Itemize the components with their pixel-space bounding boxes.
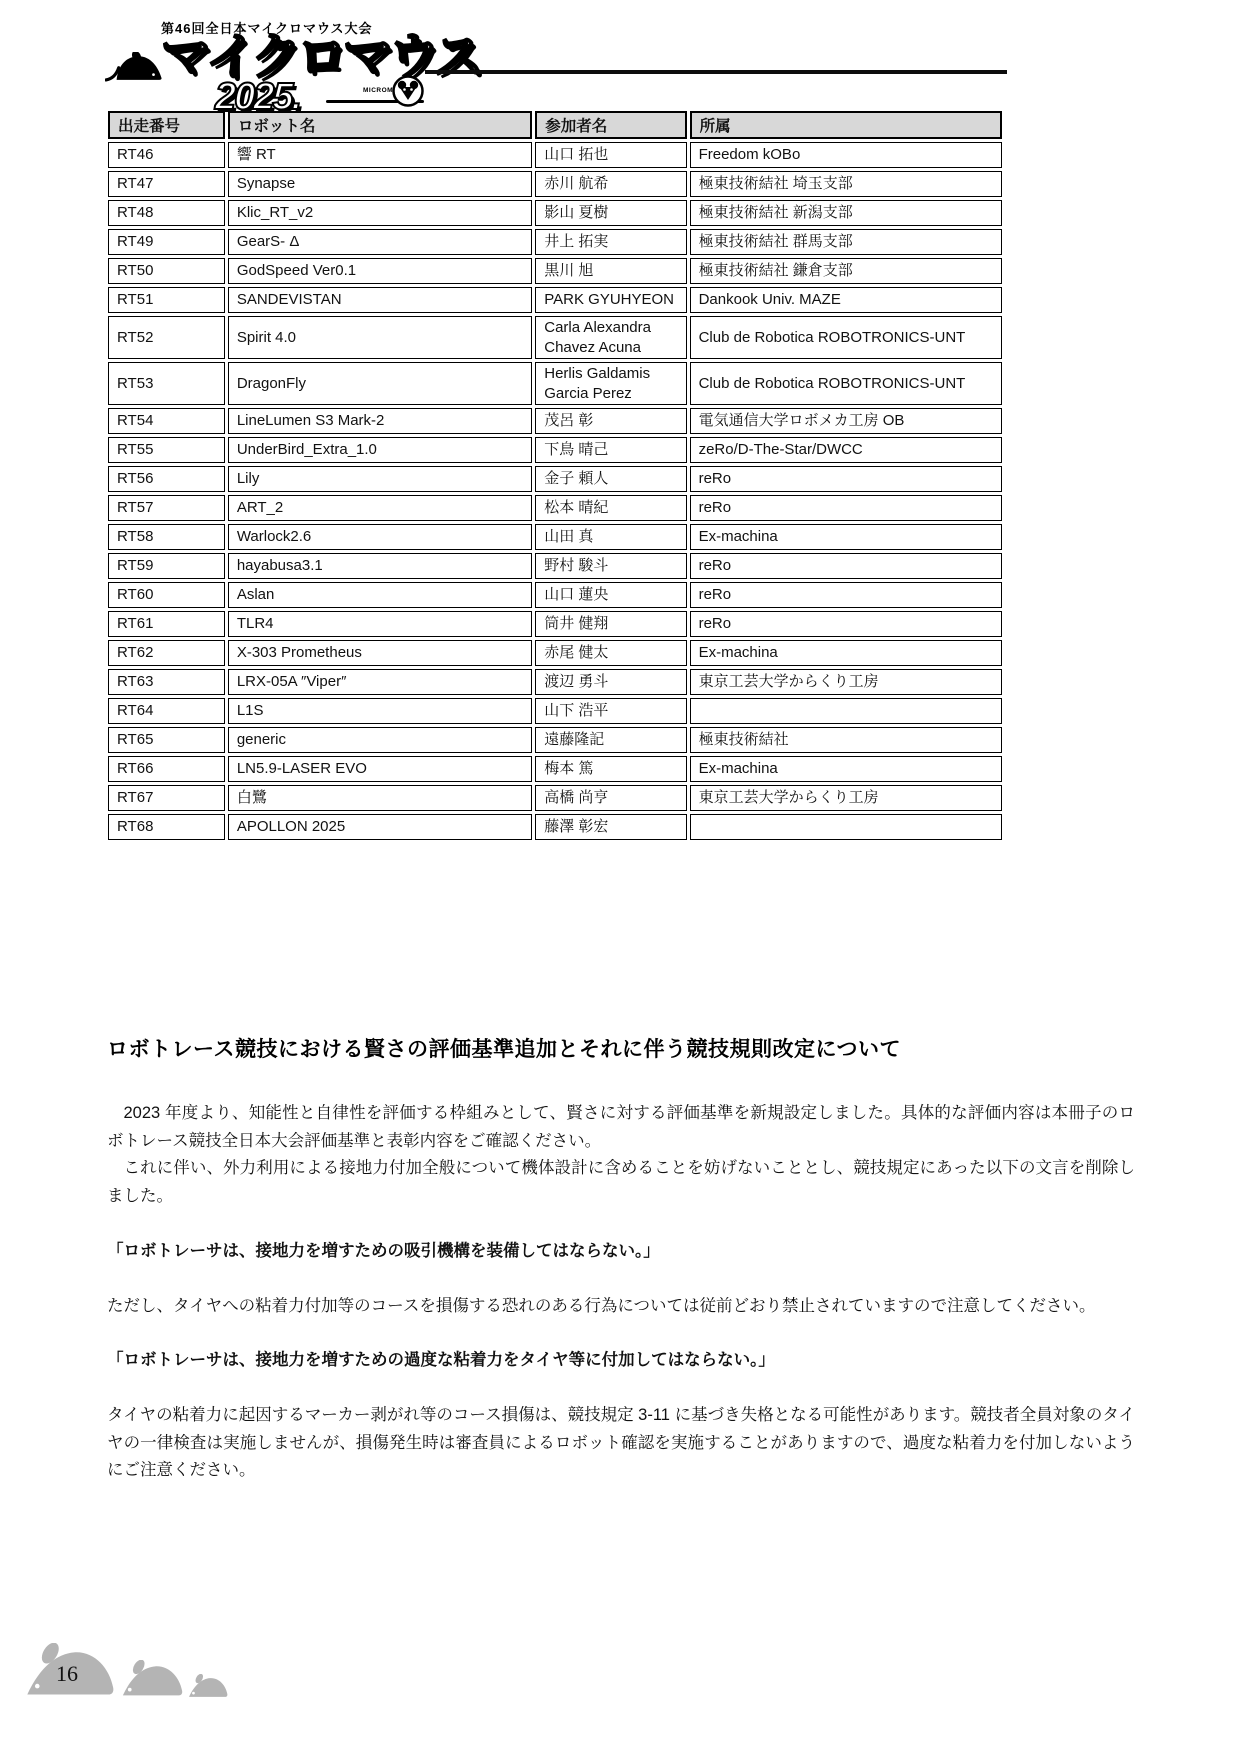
column-header-robot-name: ロボット名 <box>228 111 532 139</box>
footer-mouse-small-icon <box>188 1674 229 1698</box>
robot-name-cell: 響 RT <box>228 142 532 168</box>
participant-name-cell: 下鳥 晴己 <box>535 437 686 463</box>
robot-name-cell: LN5.9-LASER EVO <box>228 756 532 782</box>
micromouse-emblem-icon <box>391 74 425 108</box>
article-body: 2023 年度より、知能性と自律性を評価する枠組みとして、賢さに対する評価基準を… <box>107 1100 1135 1485</box>
robot-name-cell: GodSpeed Ver0.1 <box>228 258 532 284</box>
robot-name-cell: generic <box>228 727 532 753</box>
document-page: 第46回全日本マイクロマウス大会 マイクロマウス 2025. MICROMOUS… <box>0 0 1240 1754</box>
affiliation-cell: 極東技術結社 群馬支部 <box>690 229 1002 255</box>
rule-quote-2: 「ロボトレーサは、接地力を増すための過度な粘着力をタイヤ等に付加してはならない。… <box>107 1347 1135 1375</box>
affiliation-cell: reRo <box>690 466 1002 492</box>
entry-number-cell: RT54 <box>108 408 225 434</box>
entry-number-cell: RT66 <box>108 756 225 782</box>
table-row: RT64L1S山下 浩平 <box>108 698 1002 724</box>
robot-name-cell: Aslan <box>228 582 532 608</box>
participant-name-cell: 黒川 旭 <box>535 258 686 284</box>
table-row: RT65generic遠藤隆記極東技術結社 <box>108 727 1002 753</box>
affiliation-cell: 極東技術結社 <box>690 727 1002 753</box>
affiliation-cell: Ex-machina <box>690 524 1002 550</box>
entry-number-cell: RT67 <box>108 785 225 811</box>
logo-text: マイクロマウス <box>161 32 480 82</box>
table-row: RT46響 RT山口 拓也Freedom kOBo <box>108 142 1002 168</box>
robot-name-cell: UnderBird_Extra_1.0 <box>228 437 532 463</box>
participant-name-cell: Carla Alexandra Chavez Acuna <box>535 316 686 359</box>
table-row: RT47Synapse赤川 航希極東技術結社 埼玉支部 <box>108 171 1002 197</box>
affiliation-cell: Ex-machina <box>690 640 1002 666</box>
entry-table-wrap: 出走番号 ロボット名 参加者名 所属 RT46響 RT山口 拓也Freedom … <box>105 108 1007 843</box>
affiliation-cell: 東京工芸大学からくり工房 <box>690 669 1002 695</box>
robot-name-cell: Lily <box>228 466 532 492</box>
robot-name-cell: Warlock2.6 <box>228 524 532 550</box>
column-header-affiliation: 所属 <box>690 111 1002 139</box>
entry-number-cell: RT61 <box>108 611 225 637</box>
robot-name-cell: Synapse <box>228 171 532 197</box>
robot-name-cell: 白鷺 <box>228 785 532 811</box>
table-row: RT56Lily金子 頼人reRo <box>108 466 1002 492</box>
footer-mouse-mid-icon <box>121 1660 185 1697</box>
participant-name-cell: 山口 拓也 <box>535 142 686 168</box>
table-row: RT60Aslan山口 蓮央reRo <box>108 582 1002 608</box>
participant-name-cell: 影山 夏樹 <box>535 200 686 226</box>
entry-table-body: RT46響 RT山口 拓也Freedom kOBoRT47Synapse赤川 航… <box>108 142 1002 840</box>
entry-number-cell: RT62 <box>108 640 225 666</box>
mouse-silhouette-icon <box>105 52 163 82</box>
robot-name-cell: TLR4 <box>228 611 532 637</box>
affiliation-cell <box>690 814 1002 840</box>
participant-name-cell: 野村 駿斗 <box>535 553 686 579</box>
affiliation-cell: reRo <box>690 611 1002 637</box>
robot-name-cell: GearS- Δ <box>228 229 532 255</box>
participant-name-cell: PARK GYUHYEON <box>535 287 686 313</box>
affiliation-cell: reRo <box>690 553 1002 579</box>
robot-name-cell: SANDEVISTAN <box>228 287 532 313</box>
participant-name-cell: 赤尾 健太 <box>535 640 686 666</box>
entry-number-cell: RT52 <box>108 316 225 359</box>
robot-name-cell: LRX-05A ″Viper″ <box>228 669 532 695</box>
paragraph-1: 2023 年度より、知能性と自律性を評価する枠組みとして、賢さに対する評価基準を… <box>107 1100 1135 1155</box>
robot-name-cell: DragonFly <box>228 362 532 405</box>
table-row: RT49GearS- Δ井上 拓実極東技術結社 群馬支部 <box>108 229 1002 255</box>
entry-number-cell: RT46 <box>108 142 225 168</box>
affiliation-cell: 極東技術結社 埼玉支部 <box>690 171 1002 197</box>
entry-number-cell: RT51 <box>108 287 225 313</box>
entry-number-cell: RT59 <box>108 553 225 579</box>
robot-name-cell: hayabusa3.1 <box>228 553 532 579</box>
entry-number-cell: RT53 <box>108 362 225 405</box>
column-header-participant: 参加者名 <box>535 111 686 139</box>
table-row: RT57ART_2松本 晴紀reRo <box>108 495 1002 521</box>
entry-number-cell: RT50 <box>108 258 225 284</box>
column-header-entry-number: 出走番号 <box>108 111 225 139</box>
table-row: RT51SANDEVISTANPARK GYUHYEONDankook Univ… <box>108 287 1002 313</box>
entry-number-cell: RT65 <box>108 727 225 753</box>
entry-number-cell: RT55 <box>108 437 225 463</box>
entry-number-cell: RT49 <box>108 229 225 255</box>
entry-number-cell: RT48 <box>108 200 225 226</box>
participant-name-cell: 高橋 尚亨 <box>535 785 686 811</box>
table-header-row: 出走番号 ロボット名 参加者名 所属 <box>108 111 1002 139</box>
table-row: RT67白鷺高橋 尚亨東京工芸大学からくり工房 <box>108 785 1002 811</box>
table-row: RT48Klic_RT_v2影山 夏樹極東技術結社 新潟支部 <box>108 200 1002 226</box>
robot-name-cell: X-303 Prometheus <box>228 640 532 666</box>
participant-name-cell: 渡辺 勇斗 <box>535 669 686 695</box>
table-row: RT50GodSpeed Ver0.1黒川 旭極東技術結社 鎌倉支部 <box>108 258 1002 284</box>
participant-name-cell: 梅本 篤 <box>535 756 686 782</box>
affiliation-cell: Club de Robotica ROBOTRONICS-UNT <box>690 316 1002 359</box>
entry-number-cell: RT63 <box>108 669 225 695</box>
entry-number-cell: RT58 <box>108 524 225 550</box>
affiliation-cell: 極東技術結社 新潟支部 <box>690 200 1002 226</box>
robot-name-cell: Spirit 4.0 <box>228 316 532 359</box>
table-row: RT66LN5.9-LASER EVO梅本 篤Ex-machina <box>108 756 1002 782</box>
participant-name-cell: 赤川 航希 <box>535 171 686 197</box>
participant-name-cell: 遠藤隆記 <box>535 727 686 753</box>
affiliation-cell: reRo <box>690 582 1002 608</box>
table-row: RT63LRX-05A ″Viper″渡辺 勇斗東京工芸大学からくり工房 <box>108 669 1002 695</box>
table-row: RT62X-303 Prometheus赤尾 健太Ex-machina <box>108 640 1002 666</box>
entry-number-cell: RT57 <box>108 495 225 521</box>
participant-name-cell: 藤澤 彰宏 <box>535 814 686 840</box>
affiliation-cell: zeRo/D-The-Star/DWCC <box>690 437 1002 463</box>
page-number: 16 <box>56 1661 78 1687</box>
robot-name-cell: Klic_RT_v2 <box>228 200 532 226</box>
participant-name-cell: 山口 蓮央 <box>535 582 686 608</box>
paragraph-2: これに伴い、外力利用による接地力付加全般について機体設計に含めることを妨げないこ… <box>107 1155 1135 1210</box>
table-row: RT55UnderBird_Extra_1.0下鳥 晴己zeRo/D-The-S… <box>108 437 1002 463</box>
participant-name-cell: Herlis Galdamis Garcia Perez <box>535 362 686 405</box>
participant-name-cell: 筒井 健翔 <box>535 611 686 637</box>
participant-name-cell: 井上 拓実 <box>535 229 686 255</box>
entry-number-cell: RT68 <box>108 814 225 840</box>
entry-number-cell: RT56 <box>108 466 225 492</box>
entry-number-cell: RT47 <box>108 171 225 197</box>
paragraph-4: タイヤの粘着力に起因するマーカー剥がれ等のコース損傷は、競技規定 3-11 に基… <box>107 1402 1135 1485</box>
robot-name-cell: APOLLON 2025 <box>228 814 532 840</box>
table-row: RT58Warlock2.6山田 真Ex-machina <box>108 524 1002 550</box>
participant-name-cell: 松本 晴紀 <box>535 495 686 521</box>
robot-name-cell: ART_2 <box>228 495 532 521</box>
table-row: RT52Spirit 4.0Carla Alexandra Chavez Acu… <box>108 316 1002 359</box>
affiliation-cell <box>690 698 1002 724</box>
table-row: RT59hayabusa3.1野村 駿斗reRo <box>108 553 1002 579</box>
affiliation-cell: 東京工芸大学からくり工房 <box>690 785 1002 811</box>
table-row: RT53DragonFlyHerlis Galdamis Garcia Pere… <box>108 362 1002 405</box>
participant-name-cell: 山下 浩平 <box>535 698 686 724</box>
table-row: RT61TLR4筒井 健翔reRo <box>108 611 1002 637</box>
table-row: RT54LineLumen S3 Mark-2茂呂 彰電気通信大学ロボメカ工房 … <box>108 408 1002 434</box>
robot-name-cell: LineLumen S3 Mark-2 <box>228 408 532 434</box>
entry-table: 出走番号 ロボット名 参加者名 所属 RT46響 RT山口 拓也Freedom … <box>105 108 1005 843</box>
rule-quote-1: 「ロボトレーサは、接地力を増すための吸引機構を装備してはならない。」 <box>107 1238 1135 1266</box>
affiliation-cell: Freedom kOBo <box>690 142 1002 168</box>
participant-name-cell: 山田 真 <box>535 524 686 550</box>
paragraph-3: ただし、タイヤへの粘着力付加等のコースを損傷する恐れのある行為については従前どお… <box>107 1293 1135 1321</box>
entry-number-cell: RT64 <box>108 698 225 724</box>
article-heading: ロボトレース競技における賢さの評価基準追加とそれに伴う競技規則改定について <box>107 1033 1137 1063</box>
robot-name-cell: L1S <box>228 698 532 724</box>
participant-name-cell: 茂呂 彰 <box>535 408 686 434</box>
affiliation-cell: 電気通信大学ロボメカ工房 OB <box>690 408 1002 434</box>
affiliation-cell: Ex-machina <box>690 756 1002 782</box>
entry-number-cell: RT60 <box>108 582 225 608</box>
affiliation-cell: Dankook Univ. MAZE <box>690 287 1002 313</box>
participant-name-cell: 金子 頼人 <box>535 466 686 492</box>
affiliation-cell: reRo <box>690 495 1002 521</box>
affiliation-cell: Club de Robotica ROBOTRONICS-UNT <box>690 362 1002 405</box>
table-row: RT68APOLLON 2025藤澤 彰宏 <box>108 814 1002 840</box>
affiliation-cell: 極東技術結社 鎌倉支部 <box>690 258 1002 284</box>
header-rule <box>425 70 1007 74</box>
